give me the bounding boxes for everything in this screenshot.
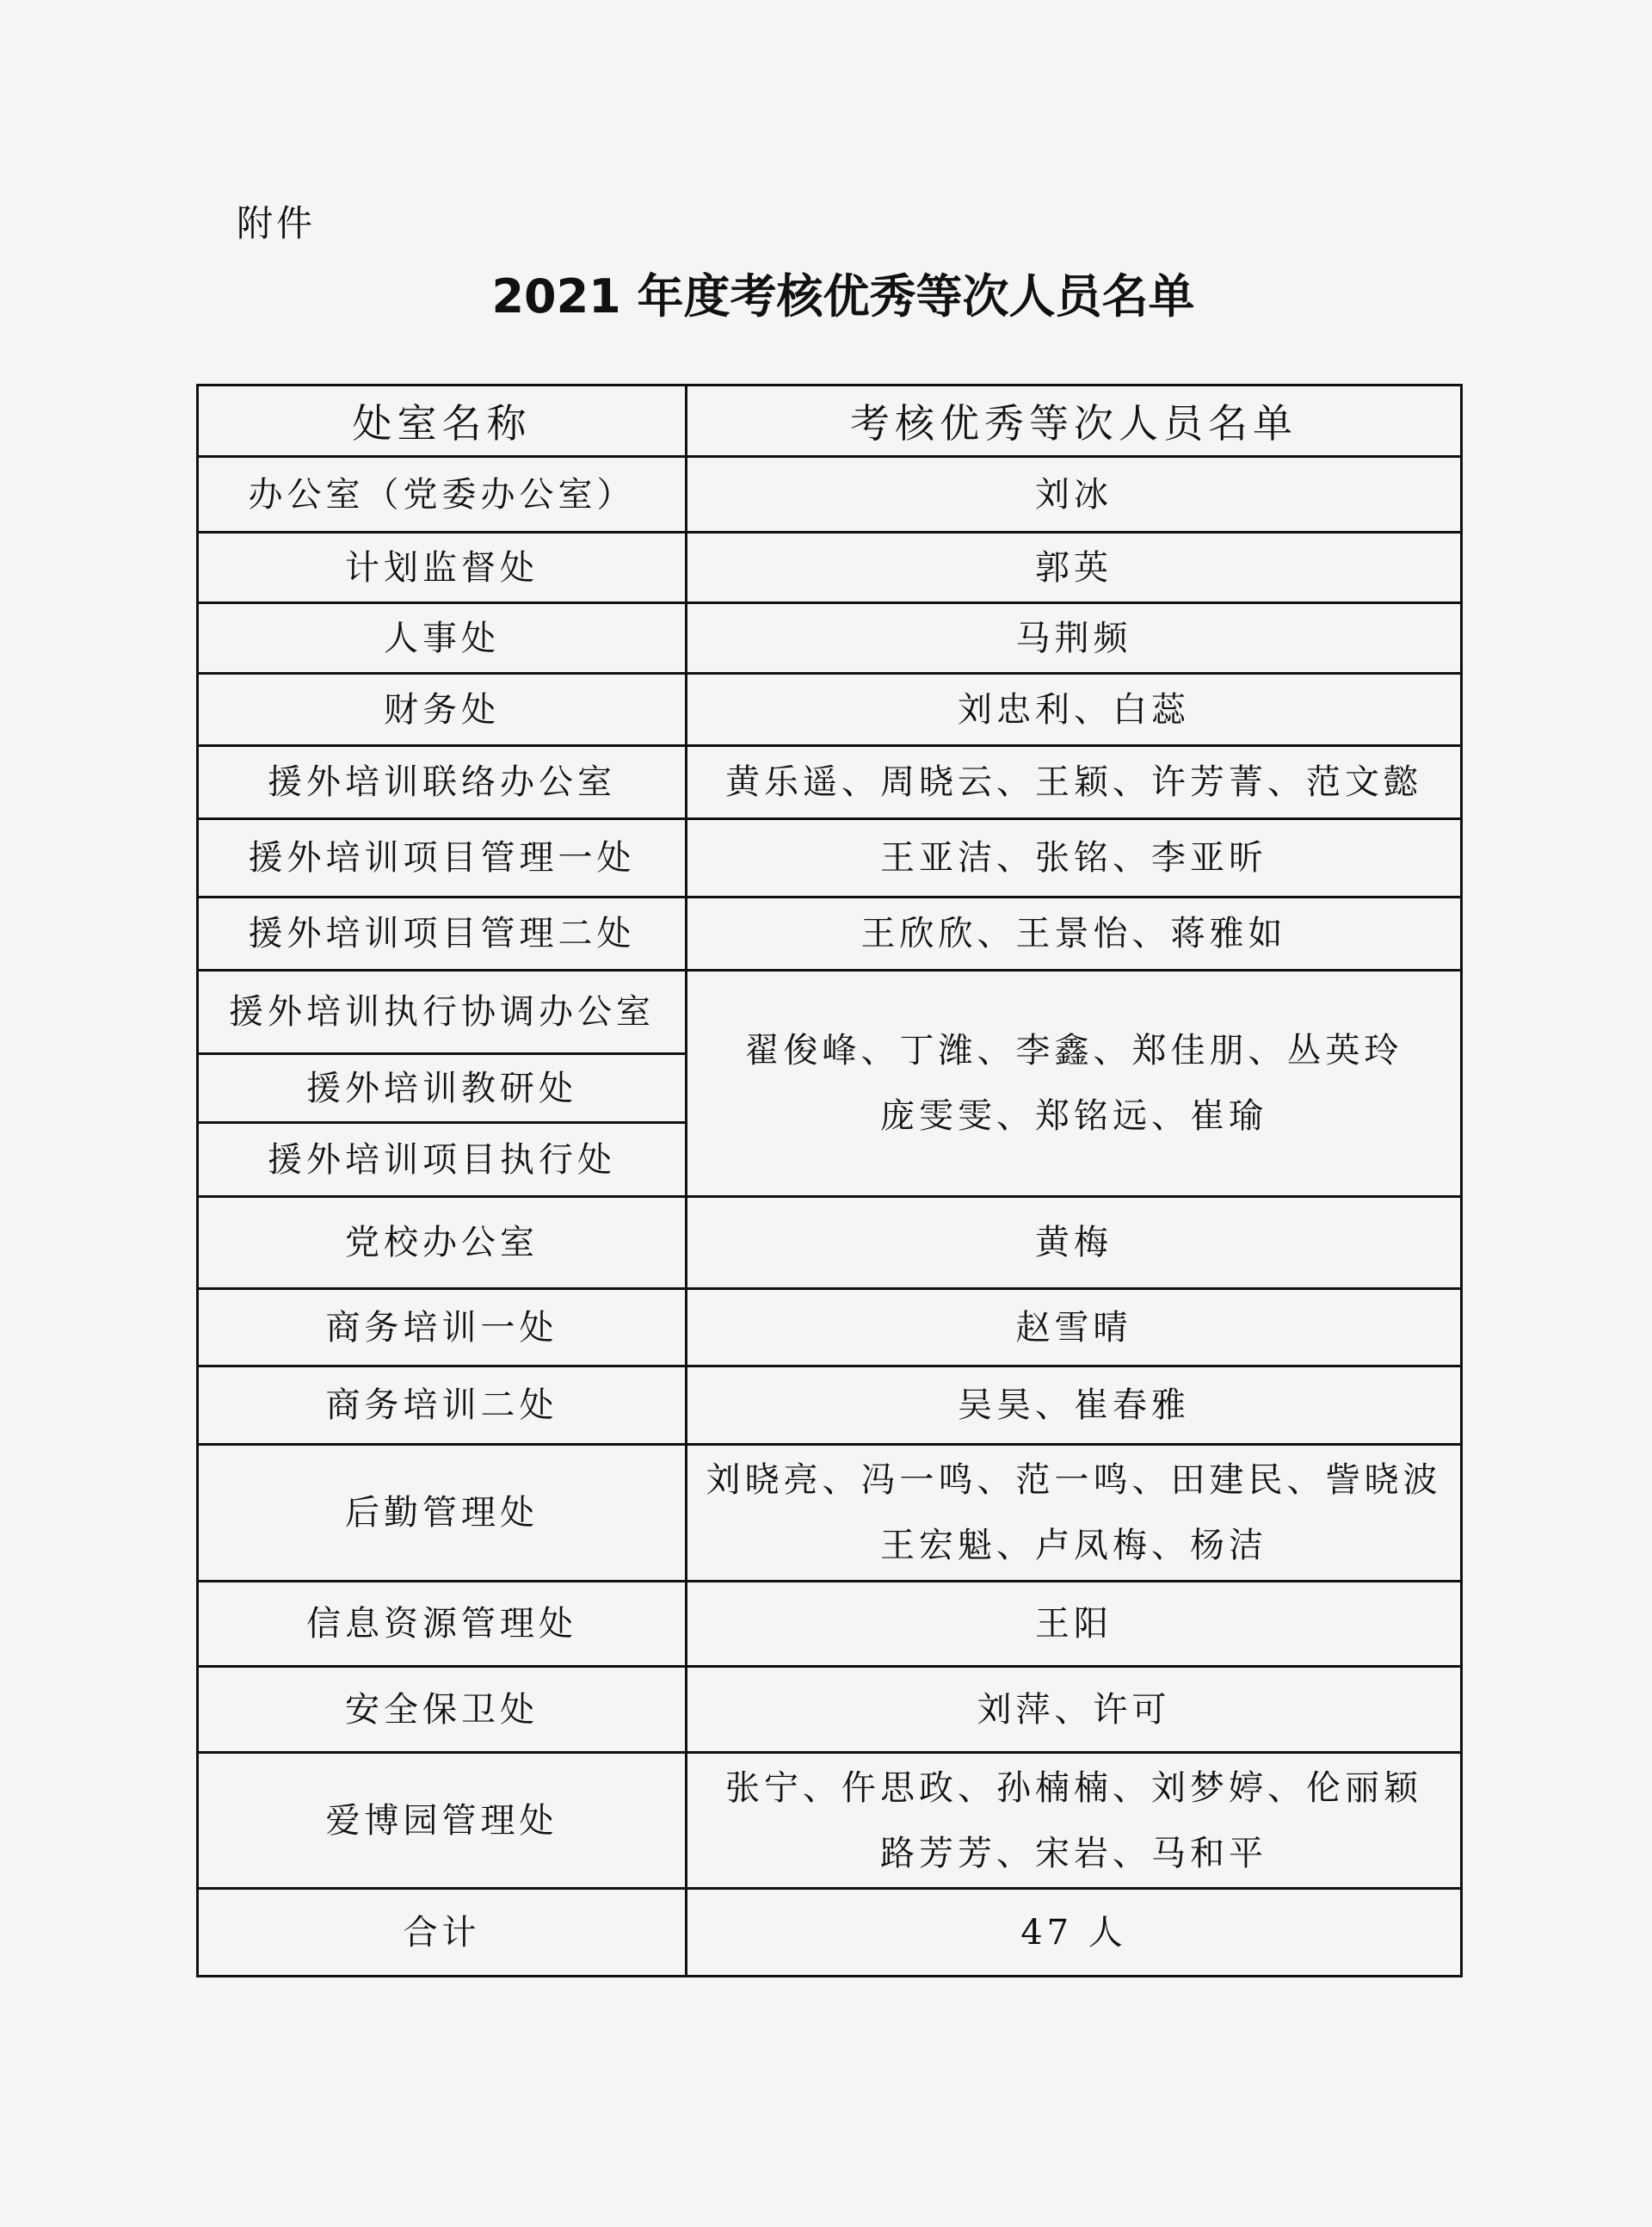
names-cell: 张宁、仵思政、孙楠楠、刘梦婷、伦丽颖 路芳芳、宋岩、马和平 [687,1753,1462,1889]
excellent-staff-table: 处室名称 考核优秀等次人员名单 办公室（党委办公室） 刘冰 计划监督处 郭英 人… [196,384,1463,1977]
names-line: 翟俊峰、丁潍、李鑫、郑佳朋、丛英玲 [687,1018,1460,1083]
dept-cell: 援外培训联络办公室 [198,746,687,819]
names-line: 王欣欣、王景怡、蒋雅如 [687,901,1460,966]
dept-cell: 财务处 [198,674,687,746]
names-line: 吴昊、崔春雅 [687,1373,1460,1438]
names-cell: 刘萍、许可 [687,1667,1462,1753]
names-line: 刘萍、许可 [687,1677,1460,1743]
names-cell: 黄梅 [687,1197,1462,1289]
table-row: 援外培训执行协调办公室 翟俊峰、丁潍、李鑫、郑佳朋、丛英玲 庞雯雯、郑铭远、崔瑜 [198,971,1462,1054]
dept-cell: 计划监督处 [198,533,687,603]
names-line: 王亚洁、张铭、李亚昕 [687,825,1460,891]
table-row: 安全保卫处 刘萍、许可 [198,1667,1462,1753]
table-row: 商务培训一处 赵雪晴 [198,1289,1462,1366]
table-row: 党校办公室 黄梅 [198,1197,1462,1289]
table-row: 援外培训项目管理二处 王欣欣、王景怡、蒋雅如 [198,898,1462,971]
dept-cell: 后勤管理处 [198,1445,687,1582]
table-row: 援外培训项目管理一处 王亚洁、张铭、李亚昕 [198,819,1462,898]
table-header-row: 处室名称 考核优秀等次人员名单 [198,386,1462,457]
names-line: 郭英 [687,535,1460,601]
names-line: 刘忠利、白蕊 [687,677,1460,743]
names-line: 刘晓亮、冯一鸣、范一鸣、田建民、訾晓波 [687,1447,1460,1513]
names-line: 黄梅 [687,1210,1460,1275]
header-dept: 处室名称 [198,386,687,457]
total-label: 合计 [198,1889,687,1977]
dept-cell: 党校办公室 [198,1197,687,1289]
dept-cell: 援外培训项目管理一处 [198,819,687,898]
names-line: 路芳芳、宋岩、马和平 [687,1821,1460,1886]
names-cell: 黄乐遥、周晓云、王颖、许芳菁、范文懿 [687,746,1462,819]
table-row: 商务培训二处 吴昊、崔春雅 [198,1366,1462,1445]
table-row: 办公室（党委办公室） 刘冰 [198,457,1462,533]
names-cell: 马荆频 [687,603,1462,674]
names-cell: 刘冰 [687,457,1462,533]
dept-cell: 爱博园管理处 [198,1753,687,1889]
names-line: 王宏魁、卢凤梅、杨洁 [687,1513,1460,1578]
dept-cell: 援外培训项目执行处 [198,1123,687,1197]
table-row: 财务处 刘忠利、白蕊 [198,674,1462,746]
header-names: 考核优秀等次人员名单 [687,386,1462,457]
names-cell: 刘晓亮、冯一鸣、范一鸣、田建民、訾晓波 王宏魁、卢凤梅、杨洁 [687,1445,1462,1582]
table-row: 人事处 马荆频 [198,603,1462,674]
names-line: 庞雯雯、郑铭远、崔瑜 [687,1083,1460,1149]
dept-cell: 安全保卫处 [198,1667,687,1753]
names-line: 刘冰 [687,462,1460,527]
names-line: 王阳 [687,1591,1460,1656]
dept-cell: 商务培训二处 [198,1366,687,1445]
dept-cell: 援外培训执行协调办公室 [198,971,687,1054]
names-cell: 郭英 [687,533,1462,603]
table-row: 后勤管理处 刘晓亮、冯一鸣、范一鸣、田建民、訾晓波 王宏魁、卢凤梅、杨洁 [198,1445,1462,1582]
names-line: 马荆频 [687,606,1460,671]
names-cell: 赵雪晴 [687,1289,1462,1366]
dept-cell: 人事处 [198,603,687,674]
table-row: 信息资源管理处 王阳 [198,1582,1462,1667]
names-cell: 刘忠利、白蕊 [687,674,1462,746]
table-row: 计划监督处 郭英 [198,533,1462,603]
dept-cell: 援外培训项目管理二处 [198,898,687,971]
names-line: 赵雪晴 [687,1295,1460,1360]
names-cell: 王欣欣、王景怡、蒋雅如 [687,898,1462,971]
dept-cell: 商务培训一处 [198,1289,687,1366]
names-cell: 吴昊、崔春雅 [687,1366,1462,1445]
document-title: 2021 年度考核优秀等次人员名单 [0,267,1652,327]
names-cell: 王阳 [687,1582,1462,1667]
total-value: 47 人 [687,1889,1462,1977]
dept-cell: 援外培训教研处 [198,1054,687,1123]
dept-cell: 办公室（党委办公室） [198,457,687,533]
dept-cell: 信息资源管理处 [198,1582,687,1667]
names-cell-merged: 翟俊峰、丁潍、李鑫、郑佳朋、丛英玲 庞雯雯、郑铭远、崔瑜 [687,971,1462,1197]
table-row: 援外培训联络办公室 黄乐遥、周晓云、王颖、许芳菁、范文懿 [198,746,1462,819]
names-line: 黄乐遥、周晓云、王颖、许芳菁、范文懿 [687,750,1460,815]
table-row: 爱博园管理处 张宁、仵思政、孙楠楠、刘梦婷、伦丽颖 路芳芳、宋岩、马和平 [198,1753,1462,1889]
names-cell: 王亚洁、张铭、李亚昕 [687,819,1462,898]
names-line: 张宁、仵思政、孙楠楠、刘梦婷、伦丽颖 [687,1755,1460,1821]
total-row: 合计 47 人 [198,1889,1462,1977]
attachment-label: 附件 [237,200,316,248]
